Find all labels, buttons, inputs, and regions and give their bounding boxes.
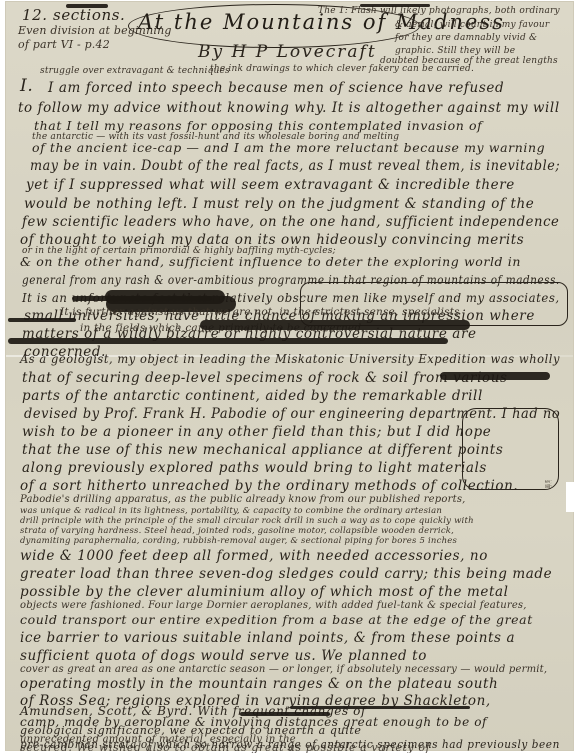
strikeout [8,318,76,322]
manuscript-line: sufficient quota of dogs would serve us.… [20,648,427,664]
manuscript-line: that I tell my reasons for opposing this… [34,118,482,133]
manuscript-line: yet if I suppressed what will seem extra… [26,177,515,193]
manuscript-line: cover as great an area as one antarctic … [20,664,547,675]
insert-note-1: the ink drawings to which clever fakery … [210,64,474,74]
manuscript-line: I am forced into speech because men of s… [48,80,504,96]
manuscript-line: may be in vain. Doubt of the real facts,… [30,158,560,174]
manuscript-line: & on the other hand, sufficient influenc… [20,254,521,269]
page-edge-notch [566,482,581,512]
margin-note-1: The 1: Flash will likely photographs, bo… [318,6,560,16]
manuscript-line: As a geologist, my object in leading the… [20,352,560,366]
section-note: 12. sections. [22,6,125,24]
manuscript-line: wish to be a pioneer in any other field … [22,424,491,440]
manuscript-line: Pabodie's drilling apparatus, as the pub… [20,494,466,505]
strikeout [66,4,108,8]
strikeout [240,712,330,716]
strikeout [8,338,448,344]
manuscript-line: was unique & radical in its lightness, p… [20,506,442,516]
manuscript-line: that of securing deep-level specimens of… [22,370,508,386]
manuscript-line: It is further against us that we are not… [60,306,460,318]
manuscript-line: strata of varying hardness. Steel head, … [20,526,454,536]
manuscript-line: parts of the antarctic continent, aided … [22,388,483,404]
manuscript-line: greater load than three seven-dog sledge… [20,566,552,582]
strikeout [440,372,550,380]
strikeout [200,320,470,330]
manuscript-line: wide & 1000 feet deep all formed, with n… [20,548,488,564]
section-number: I. [20,76,33,96]
manuscript-line: would be nothing left. I must rely on th… [24,196,534,212]
margin-note-2: & aerial, will count in my favour [395,20,549,30]
strikeout [290,706,470,709]
manuscript-line: along previously explored paths would br… [22,460,487,476]
manuscript-line: dynamiting paraphernalia, cording, rubbi… [20,536,457,546]
manuscript-line: of a sort hitherto unreached by the ordi… [20,478,518,494]
manuscript-line: of the ancient ice-cap — and I am the mo… [32,140,545,155]
manuscript-line: secured. We wished also to obtain as gre… [20,741,430,753]
manuscript-line: few scientific leaders who have, on the … [22,214,559,230]
manuscript-line: that the use of this new mechanical appl… [22,442,503,458]
manuscript-line: ice barrier to various suitable inland p… [20,630,515,646]
margin-bracket [462,408,559,490]
manuscript-line: drill principle with the principle of th… [20,516,474,526]
manuscript-line: operating mostly in the mountain ranges … [20,676,498,692]
manuscript-line: could transport our entire expedition fr… [20,612,533,627]
manuscript-line: to follow my advice without knowing why.… [18,100,560,116]
manuscript-line: objects were fashioned. Four large Dorni… [20,600,527,611]
division-note-2: of part VI - p.42 [18,38,110,51]
margin-note-4: graphic. Still they will be [395,46,515,56]
margin-right-note: Leads ↑ outlined [542,480,552,488]
strikeout [360,4,430,7]
manuscript-line: possible by the clever aluminium alloy o… [20,584,509,600]
insert-note-2: struggle over extravagant & techniques [40,66,230,76]
margin-note-3: for they are damnably vivid & [395,33,537,43]
author-line: By H P Lovecraft [198,42,377,62]
